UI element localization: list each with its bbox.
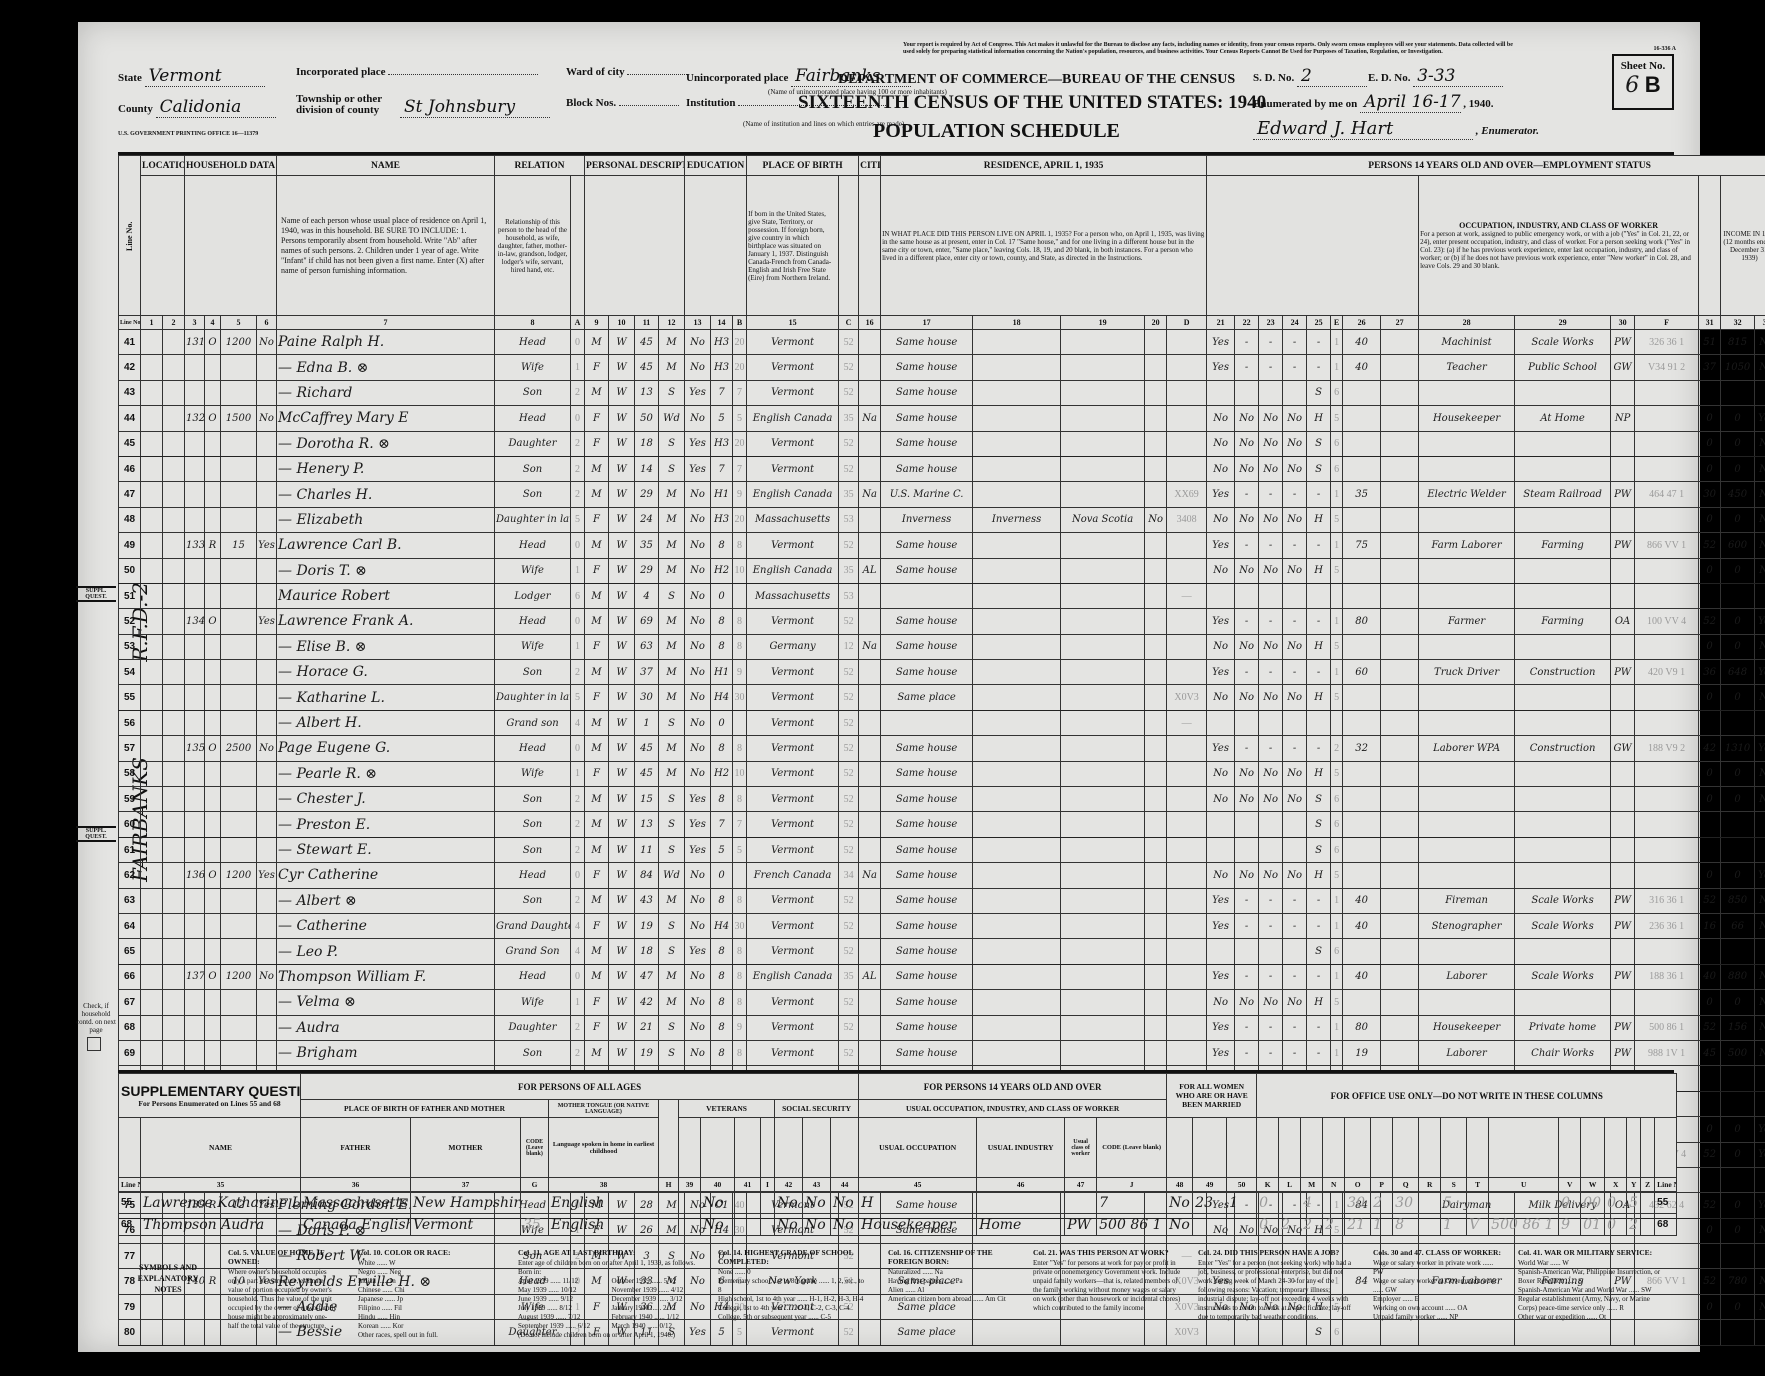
- hours-worked: 35: [1343, 482, 1381, 507]
- household-visit-number: [185, 685, 205, 710]
- citizenship: [859, 787, 881, 812]
- public-emergency-work: [1235, 837, 1259, 862]
- seeking-work: -: [1259, 482, 1283, 507]
- household-visit-number: [185, 482, 205, 507]
- citizenship: [859, 710, 881, 735]
- class-of-worker: [1611, 812, 1635, 837]
- blank-cell: [163, 533, 185, 558]
- weeks-worked: 52: [1699, 533, 1721, 558]
- at-work: No: [1207, 634, 1235, 659]
- class-of-worker: [1611, 431, 1635, 456]
- weeks-worked: [1699, 812, 1721, 837]
- age: 42: [635, 990, 659, 1015]
- residence-1935-state: [1061, 558, 1145, 583]
- activity-code: H: [1307, 761, 1331, 786]
- code-e: 5: [1331, 990, 1343, 1015]
- citizenship: [859, 660, 881, 685]
- residence-1935-farm: [1145, 863, 1167, 888]
- unemployment-duration: [1381, 380, 1419, 405]
- occupation-code: 236 36 1: [1635, 913, 1699, 938]
- code-d: [1167, 330, 1207, 355]
- code-d: [1167, 355, 1207, 380]
- code-d: [1167, 939, 1207, 964]
- age: 50: [635, 406, 659, 431]
- birthplace: Vermont: [747, 533, 839, 558]
- column-number: 30: [1611, 316, 1635, 330]
- seeking-work: -: [1259, 355, 1283, 380]
- unemployment-duration: [1381, 558, 1419, 583]
- had-job: -: [1283, 482, 1307, 507]
- other-income: [1755, 939, 1765, 964]
- residence-1935-farm: [1145, 634, 1167, 659]
- birthplace: Vermont: [747, 888, 839, 913]
- wage-income: [1721, 1091, 1755, 1116]
- code-a: 2: [571, 888, 585, 913]
- farm-residence: Yes: [257, 609, 277, 634]
- table-row: 63— Albert ⊗Son2MW43MNo88Vermont52Same h…: [119, 888, 1765, 913]
- class-of-worker: NP: [1611, 406, 1635, 431]
- code-e: 6: [1331, 837, 1343, 862]
- code-a: 2: [571, 1040, 585, 1065]
- occupation: [1419, 456, 1515, 481]
- supp-s44: No: [831, 1214, 859, 1236]
- code-c: 52: [839, 990, 859, 1015]
- residence-1935-farm: [1145, 1015, 1167, 1040]
- relation-instructions: Relationship of this person to the head …: [495, 176, 571, 316]
- wage-income: [1721, 1244, 1755, 1269]
- home-owned-rented: [205, 660, 221, 685]
- household-visit-number: [185, 761, 205, 786]
- seeking-work: -: [1259, 736, 1283, 761]
- line-number: 45: [119, 431, 141, 456]
- supp-cls: PW: [1065, 1214, 1097, 1236]
- hours-worked: [1343, 558, 1381, 583]
- table-row: 65— Leo P.Grand Son4MW18SYes88Vermont52S…: [119, 939, 1765, 964]
- occupation-code: [1635, 812, 1699, 837]
- seeking-work: No: [1259, 863, 1283, 888]
- residence-1935-county: [973, 634, 1061, 659]
- blank-cell: [163, 812, 185, 837]
- farm-residence: No: [257, 736, 277, 761]
- activity-code: -: [1307, 533, 1331, 558]
- code-a: 2: [571, 431, 585, 456]
- public-emergency-work: [1235, 583, 1259, 608]
- blank-cell: [163, 583, 185, 608]
- highest-grade: H3: [711, 507, 733, 532]
- home-value: [221, 1040, 257, 1065]
- sex: F: [585, 685, 609, 710]
- industry: Scale Works: [1515, 913, 1611, 938]
- public-emergency-work: No: [1235, 507, 1259, 532]
- highest-grade: 8: [711, 990, 733, 1015]
- table-row: 57135O2500NoPage Eugene G.Head0MW45MNo88…: [119, 736, 1765, 761]
- supp-occ: H: [859, 1192, 977, 1214]
- blank-cell: [141, 913, 163, 938]
- code-e: 1: [1331, 330, 1343, 355]
- race: W: [609, 888, 635, 913]
- activity-code: -: [1307, 1015, 1331, 1040]
- code-e: 6: [1331, 812, 1343, 837]
- note-item: World War ...... W: [1518, 1259, 1668, 1268]
- wage-income: 1310: [1721, 736, 1755, 761]
- supp-h: [659, 1192, 679, 1214]
- public-emergency-work: [1235, 710, 1259, 735]
- sex: F: [585, 990, 609, 1015]
- sheet-number-box: Sheet No. 6 B: [1612, 54, 1674, 110]
- citizenship: [859, 990, 881, 1015]
- highest-grade: 0: [711, 710, 733, 735]
- blank-cell: [141, 812, 163, 837]
- wage-income: 880: [1721, 964, 1755, 989]
- had-job: [1283, 812, 1307, 837]
- sex: M: [585, 736, 609, 761]
- line-number: 44: [119, 406, 141, 431]
- residence-1935-state: [1061, 380, 1145, 405]
- at-work: Yes: [1207, 736, 1235, 761]
- public-emergency-work: -: [1235, 964, 1259, 989]
- wage-income: 780: [1721, 1269, 1755, 1294]
- note-col30: Cols. 30 and 47. CLASS OF WORKER:Wage or…: [1373, 1248, 1503, 1322]
- age: 45: [635, 761, 659, 786]
- residence-1935-city: Same house: [881, 406, 973, 431]
- household-visit-number: 136: [185, 863, 205, 888]
- blank-cell: [141, 609, 163, 634]
- had-job: -: [1283, 355, 1307, 380]
- household-visit-number: 137: [185, 964, 205, 989]
- note-item: Hindu ...... Hin: [358, 1313, 498, 1322]
- supp-r: [1419, 1214, 1441, 1236]
- activity-code: S: [1307, 456, 1331, 481]
- supp-column-number: Line No.: [1655, 1178, 1677, 1192]
- attended-school: No: [685, 888, 711, 913]
- blank-cell: [163, 380, 185, 405]
- blank-cell: [163, 736, 185, 761]
- person-name: Thompson William F.: [277, 964, 495, 989]
- note-item: November 1939 ...... 4/12: [612, 1286, 699, 1295]
- birthplace: Vermont: [747, 330, 839, 355]
- line-number: 52: [119, 609, 141, 634]
- had-job: -: [1283, 533, 1307, 558]
- wage-income: 0: [1721, 1117, 1755, 1142]
- person-name: — Catherine: [277, 913, 495, 938]
- code-e: 5: [1331, 761, 1343, 786]
- residence-1935-farm: [1145, 787, 1167, 812]
- sex: F: [585, 913, 609, 938]
- code-b: [733, 583, 747, 608]
- supp-h: [659, 1214, 679, 1236]
- farm-residence: No: [257, 964, 277, 989]
- sex: F: [585, 634, 609, 659]
- residence-1935-county: [973, 330, 1061, 355]
- other-income: [1755, 837, 1765, 862]
- had-job: No: [1283, 761, 1307, 786]
- residence-1935-city: Same house: [881, 761, 973, 786]
- race: W: [609, 710, 635, 735]
- birthplace: English Canada: [747, 406, 839, 431]
- person-name: — Pearle R. ⊗: [277, 761, 495, 786]
- line-number: 65: [119, 939, 141, 964]
- weeks-worked: 0: [1699, 1117, 1721, 1142]
- column-number: Line No.: [119, 316, 141, 330]
- code-d: [1167, 736, 1207, 761]
- marital-status: M: [659, 660, 685, 685]
- birthplace: Vermont: [747, 660, 839, 685]
- residence-1935-city: Same house: [881, 990, 973, 1015]
- highest-grade: 8: [711, 634, 733, 659]
- code-d: [1167, 609, 1207, 634]
- marital-status: M: [659, 609, 685, 634]
- birthplace: Vermont: [747, 685, 839, 710]
- marital-status: S: [659, 837, 685, 862]
- farm-residence: [257, 634, 277, 659]
- other-income: [1755, 1167, 1765, 1192]
- supp-column-number: 38: [549, 1178, 659, 1192]
- residence-1935-city: Same house: [881, 837, 973, 862]
- wage-income: [1721, 380, 1755, 405]
- code-b: 8: [733, 787, 747, 812]
- code-d: [1167, 456, 1207, 481]
- class-of-worker: PW: [1611, 913, 1635, 938]
- supp-v41: [735, 1192, 761, 1214]
- household-visit-number: [185, 990, 205, 1015]
- supp-w: 01: [1581, 1214, 1605, 1236]
- occupation-code: 100 VV 4: [1635, 609, 1699, 634]
- household-continued-checkbox[interactable]: [87, 1037, 101, 1051]
- code-a: 4: [571, 939, 585, 964]
- column-number: 2: [163, 316, 185, 330]
- industry: [1515, 456, 1611, 481]
- supp-column-number: V: [1559, 1178, 1581, 1192]
- had-job: No: [1283, 456, 1307, 481]
- age: 45: [635, 736, 659, 761]
- code-d: [1167, 1040, 1207, 1065]
- industry: [1515, 812, 1611, 837]
- activity-code: H: [1307, 507, 1331, 532]
- birthplace: French Canada: [747, 863, 839, 888]
- occupation-instructions: OCCUPATION, INDUSTRY, AND CLASS OF WORKE…: [1419, 176, 1699, 316]
- occupation-code: [1635, 761, 1699, 786]
- residence-1935-county: [973, 990, 1061, 1015]
- weeks-worked: 36: [1699, 660, 1721, 685]
- public-emergency-work: [1235, 939, 1259, 964]
- note-item: Filipino ...... Fil: [358, 1304, 498, 1313]
- wage-income: 66: [1721, 913, 1755, 938]
- column-number: 6: [257, 316, 277, 330]
- code-e: 1: [1331, 609, 1343, 634]
- relationship: Son: [495, 1040, 571, 1065]
- supplementary-title: SUPPLEMENTARY QUESTIONS: [121, 1083, 298, 1099]
- code-c: 52: [839, 787, 859, 812]
- unemployment-duration: [1381, 355, 1419, 380]
- code-b: 8: [733, 533, 747, 558]
- wage-income: [1721, 1320, 1755, 1345]
- blank-cell: [163, 456, 185, 481]
- code-c: 52: [839, 533, 859, 558]
- citizenship: [859, 888, 881, 913]
- supp-o: 21: [1345, 1214, 1371, 1236]
- highest-grade: 7: [711, 456, 733, 481]
- attended-school: No: [685, 761, 711, 786]
- weeks-worked: 0: [1699, 456, 1721, 481]
- residence-1935-farm: [1145, 761, 1167, 786]
- residence-1935-county: [973, 609, 1061, 634]
- home-value: [221, 939, 257, 964]
- unemployment-duration: [1381, 710, 1419, 735]
- note-item: Alien ...... Al: [888, 1286, 1018, 1295]
- farm-residence: [257, 710, 277, 735]
- supp-m: 2: [1301, 1214, 1323, 1236]
- code-a: 6: [571, 583, 585, 608]
- race: W: [609, 355, 635, 380]
- had-job: -: [1283, 660, 1307, 685]
- note-item: December 1939 ...... 3/12: [612, 1295, 699, 1304]
- supp-name: Lawrence Katharine L.: [141, 1192, 301, 1214]
- line-number: 68: [119, 1015, 141, 1040]
- industry: Public School: [1515, 355, 1611, 380]
- blank-cell: [163, 431, 185, 456]
- wage-income: 0: [1721, 406, 1755, 431]
- supp-column-number: 46: [977, 1178, 1065, 1192]
- industry: [1515, 990, 1611, 1015]
- home-value: [221, 1015, 257, 1040]
- weeks-worked: 52: [1699, 1015, 1721, 1040]
- code-c: 34: [839, 863, 859, 888]
- sex: M: [585, 380, 609, 405]
- code-b: 8: [733, 736, 747, 761]
- marital-status: S: [659, 1040, 685, 1065]
- occupation-code: [1635, 837, 1699, 862]
- sex: M: [585, 583, 609, 608]
- person-name: — Chester J.: [277, 787, 495, 812]
- age: 13: [635, 380, 659, 405]
- at-work: No: [1207, 761, 1235, 786]
- citizenship: [859, 431, 881, 456]
- residence-1935-state: [1061, 685, 1145, 710]
- residence-1935-state: [1061, 634, 1145, 659]
- incorporated-value: [388, 74, 538, 75]
- supp-w48: No: [1167, 1214, 1193, 1236]
- birthplace: English Canada: [747, 964, 839, 989]
- code-c: 52: [839, 837, 859, 862]
- activity-code: H: [1307, 685, 1331, 710]
- relationship: Head: [495, 533, 571, 558]
- occupation-code: 464 47 1: [1635, 482, 1699, 507]
- sex: F: [585, 558, 609, 583]
- occupation: [1419, 583, 1515, 608]
- note-item: January 1940 ...... 2/12: [612, 1304, 699, 1313]
- column-number: 9: [585, 316, 609, 330]
- occupation-code: [1635, 456, 1699, 481]
- table-row: 44132O1500NoMcCaffrey Mary EHead0FW50WdN…: [119, 406, 1765, 431]
- attended-school: Yes: [685, 812, 711, 837]
- had-job: -: [1283, 736, 1307, 761]
- column-number: 20: [1145, 316, 1167, 330]
- enumerated-date-field: Enumerated by me on April 16-17 , 1940.: [1253, 92, 1494, 113]
- code-b: 8: [733, 964, 747, 989]
- class-of-worker: [1611, 456, 1635, 481]
- code-e: 5: [1331, 863, 1343, 888]
- household-visit-number: 134: [185, 609, 205, 634]
- home-owned-rented: [205, 685, 221, 710]
- supp-column-number: 37: [411, 1178, 521, 1192]
- code-a: 1: [571, 634, 585, 659]
- had-job: No: [1283, 558, 1307, 583]
- weeks-worked: [1699, 837, 1721, 862]
- blank-cell: [163, 939, 185, 964]
- occupation: [1419, 761, 1515, 786]
- over14-header: FOR PERSONS 14 YEARS OLD AND OVER: [859, 1074, 1167, 1100]
- other-income: No: [1755, 990, 1765, 1015]
- household-visit-number: [185, 1040, 205, 1065]
- code-a: 0: [571, 406, 585, 431]
- supp-column-number: I: [761, 1178, 775, 1192]
- race: W: [609, 660, 635, 685]
- sex: F: [585, 1015, 609, 1040]
- enumerator-signature: Edward J. Hart: [1253, 118, 1473, 140]
- blank-cell: [163, 1015, 185, 1040]
- citizenship: [859, 1015, 881, 1040]
- code-d: [1167, 431, 1207, 456]
- attended-school: No: [685, 634, 711, 659]
- residence-1935-farm: [1145, 533, 1167, 558]
- highest-grade: H2: [711, 761, 733, 786]
- table-row: 51Maurice RobertLodger6MW4SNo0Massachuse…: [119, 583, 1765, 608]
- line-number: 41: [119, 330, 141, 355]
- residence-1935-city: Same house: [881, 863, 973, 888]
- industry: [1515, 507, 1611, 532]
- occupation: [1419, 990, 1515, 1015]
- hours-worked: 40: [1343, 913, 1381, 938]
- age: 84: [635, 863, 659, 888]
- attended-school: Yes: [685, 837, 711, 862]
- wage-income: 0: [1721, 456, 1755, 481]
- had-job: No: [1283, 634, 1307, 659]
- residence-1935-city: Same house: [881, 888, 973, 913]
- birthplace: Vermont: [747, 837, 839, 862]
- industry: [1515, 939, 1611, 964]
- weeks-worked: 0: [1699, 406, 1721, 431]
- supp-column-number: 45: [859, 1178, 977, 1192]
- activity-code: H: [1307, 990, 1331, 1015]
- hours-worked: [1343, 812, 1381, 837]
- birthplace: Vermont: [747, 736, 839, 761]
- code-a: 1: [571, 558, 585, 583]
- wage-income: 0: [1721, 863, 1755, 888]
- attended-school: Yes: [685, 380, 711, 405]
- household-visit-number: [185, 380, 205, 405]
- industry: Chair Works: [1515, 1040, 1611, 1065]
- wage-income: 0: [1721, 990, 1755, 1015]
- public-emergency-work: [1235, 380, 1259, 405]
- table-row: 61— Stewart E.Son2MW11SYes55Vermont52Sam…: [119, 837, 1765, 862]
- home-owned-rented: O: [205, 964, 221, 989]
- note-item: Regular establishment (Army, Navy, or Ma…: [1518, 1295, 1668, 1313]
- race: W: [609, 685, 635, 710]
- farm-residence: Yes: [257, 863, 277, 888]
- other-income: Yes: [1755, 736, 1765, 761]
- attended-school: No: [685, 685, 711, 710]
- race: W: [609, 761, 635, 786]
- seeking-work: [1259, 837, 1283, 862]
- supp-p: 2: [1371, 1192, 1393, 1214]
- supp-u: 500 86 1: [1489, 1214, 1559, 1236]
- code-b: 8: [733, 990, 747, 1015]
- unemployment-duration: [1381, 660, 1419, 685]
- sex: M: [585, 710, 609, 735]
- code-b: 10: [733, 761, 747, 786]
- note-item: April 1939 ...... 11/12: [518, 1277, 605, 1286]
- code-e: 6: [1331, 787, 1343, 812]
